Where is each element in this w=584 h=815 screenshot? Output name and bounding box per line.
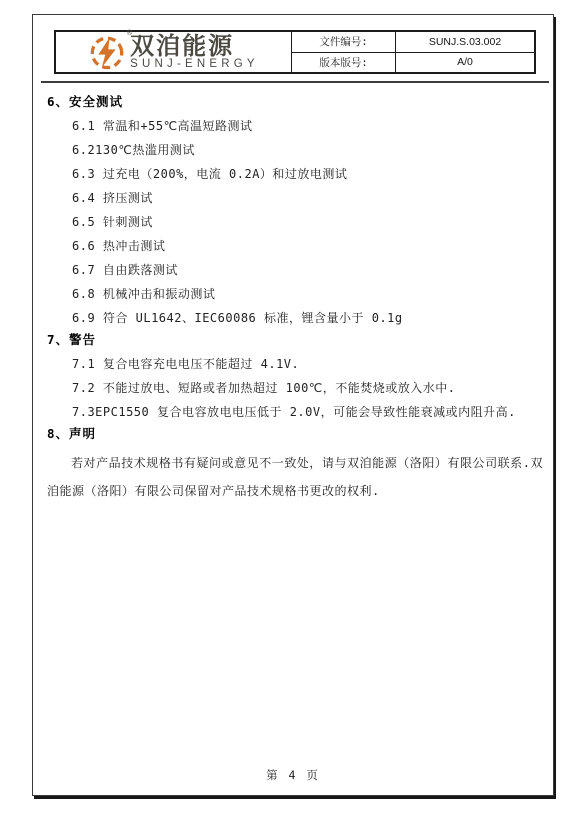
logo-english-name: SUNJ-ENERGY: [130, 59, 259, 71]
page-number: 第 4 页: [33, 767, 553, 783]
section-title-safety-test: 6、安全测试: [47, 95, 545, 109]
doc-number-row: 文件编号: SUNJ.S.03.002: [292, 32, 534, 52]
safety-test-item: 6.2130℃热滥用测试: [72, 143, 545, 157]
version-label: 版本版号:: [292, 53, 396, 73]
registered-trademark-mark: ®: [127, 30, 132, 37]
safety-test-item: 6.7 自由跌落测试: [72, 263, 545, 277]
safety-test-item: 6.1 常温和+55℃高温短路测试: [72, 119, 545, 133]
section-title-warning: 7、警告: [47, 333, 545, 347]
company-logo: ® 双洎能源 SUNJ-ENERGY: [56, 32, 292, 72]
warning-item: 7.3EPC1550 复合电容放电电压低于 2.0V，可能会导致性能衰减或内阻升…: [72, 405, 545, 419]
statement-paragraph: 若对产品技术规格书有疑问或意见不一致处，请与双洎能源（洛阳）有限公司联系.双洎能…: [47, 449, 543, 505]
safety-test-item: 6.9 符合 UL1642、IEC60086 标准，锂含量小于 0.1g: [72, 311, 545, 325]
logo-chinese-name: 双洎能源: [130, 34, 259, 58]
warning-item: 7.2 不能过放电、短路或者加热超过 100℃，不能焚烧或放入水中.: [72, 381, 545, 395]
document-meta: 文件编号: SUNJ.S.03.002 版本版号: A/0: [292, 32, 534, 72]
document-page: ® 双洎能源 SUNJ-ENERGY 文件编号: SUNJ.S.03.002 版…: [32, 14, 554, 796]
safety-test-item: 6.8 机械冲击和振动测试: [72, 287, 545, 301]
doc-number-label: 文件编号:: [292, 32, 396, 52]
header-table: ® 双洎能源 SUNJ-ENERGY 文件编号: SUNJ.S.03.002 版…: [54, 30, 536, 74]
document-body: 6、安全测试 6.1 常温和+55℃高温短路测试 6.2130℃热滥用测试 6.…: [47, 89, 545, 505]
logo-text: 双洎能源 SUNJ-ENERGY: [130, 34, 259, 71]
section-title-statement: 8、声明: [47, 427, 545, 441]
dashed-circle-bolt-icon: [88, 33, 126, 71]
doc-number-value: SUNJ.S.03.002: [396, 32, 534, 52]
warning-item: 7.1 复合电容充电电压不能超过 4.1V.: [72, 357, 545, 371]
logo-lightning-icon: ®: [88, 33, 126, 71]
safety-test-item: 6.5 针刺测试: [72, 215, 545, 229]
version-value: A/0: [396, 53, 534, 73]
safety-test-item: 6.4 挤压测试: [72, 191, 545, 205]
safety-test-item: 6.3 过充电（200%，电流 0.2A）和过放电测试: [72, 167, 545, 181]
version-row: 版本版号: A/0: [292, 52, 534, 73]
header-divider: [41, 81, 549, 83]
safety-test-item: 6.6 热冲击测试: [72, 239, 545, 253]
